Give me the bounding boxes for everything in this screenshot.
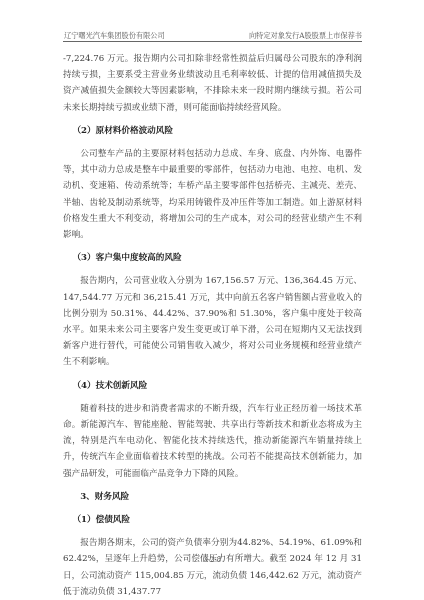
heading-customer-concentration-risk: （3）客户集中度较高的风险 <box>63 250 362 266</box>
heading-financial-risk: 3、财务风险 <box>63 489 362 505</box>
heading-raw-material-risk: （2）原材料价格波动风险 <box>63 123 362 139</box>
company-name: 辽宁曙光汽车集团股份有限公司 <box>64 31 165 41</box>
document-body: -7,224.76 万元。报告期内公司扣除非经常性损益后归属母公司股东的净利润持… <box>63 51 362 600</box>
paragraph-customer-concentration-risk: 报告期内，公司营业收入分别为 167,156.57 万元、136,364.45 … <box>63 273 362 370</box>
document-title: 向特定对象发行A股股票上市保荐书 <box>249 31 362 41</box>
page-number: 3-2-8 <box>0 556 424 564</box>
page-header: 辽宁曙光汽车集团股份有限公司 向特定对象发行A股股票上市保荐书 <box>63 29 362 42</box>
paragraph-tech-innovation-risk: 随着科技的进步和消费者需求的不断升级，汽车行业正经历着一场技术革命。新能源汽车、… <box>63 401 362 482</box>
heading-debt-risk: （1）偿债风险 <box>63 512 362 528</box>
heading-tech-innovation-risk: （4）技术创新风险 <box>63 378 362 394</box>
paragraph-raw-material-risk: 公司整车产品的主要原材料包括动力总成、车身、底盘、内外饰、电器件等，其中动力总成… <box>63 146 362 243</box>
paragraph-debt-risk: 报告期各期末，公司的资产负债率分别为44.82%、54.19%、61.09%和6… <box>63 535 362 600</box>
paragraph-continued-loss: -7,224.76 万元。报告期内公司扣除非经常性损益后归属母公司股东的净利润持… <box>63 51 362 116</box>
